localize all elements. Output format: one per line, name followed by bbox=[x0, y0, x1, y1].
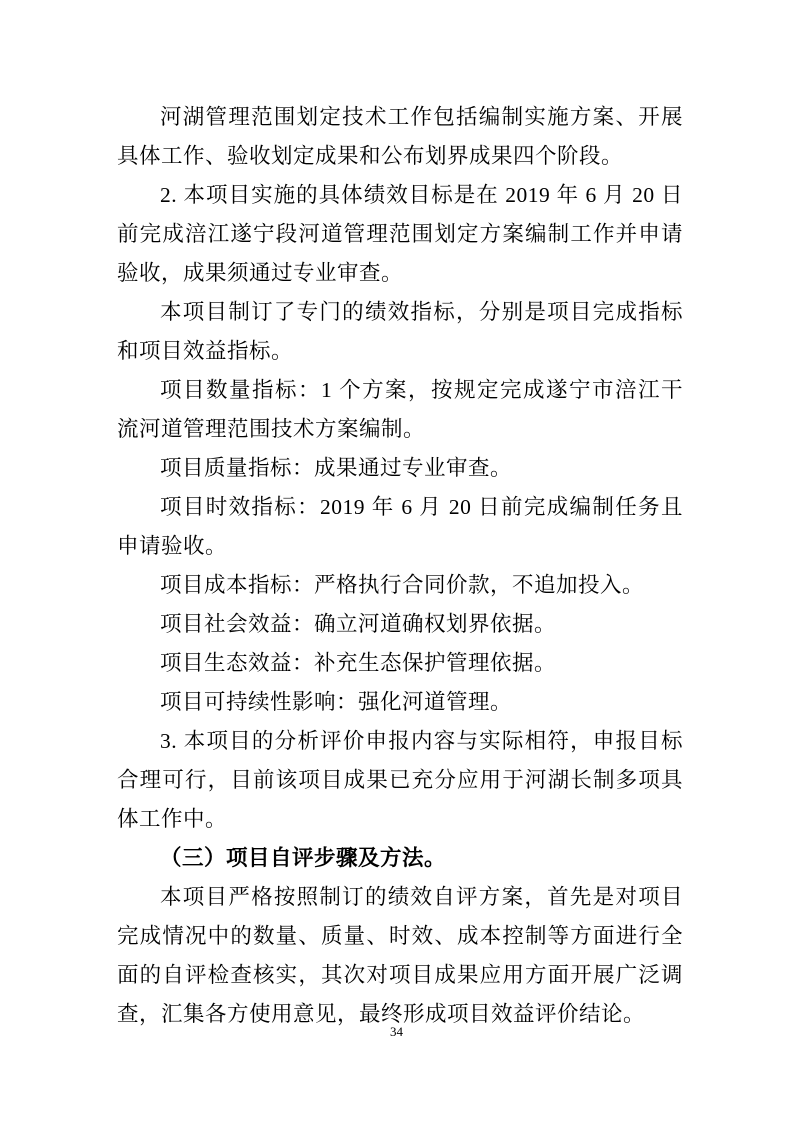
document-body: 河湖管理范围划定技术工作包括编制实施方案、开展具体工作、验收划定成果和公布划界成… bbox=[117, 98, 683, 1034]
paragraph: 2. 本项目实施的具体绩效目标是在 2019 年 6 月 20 日前完成涪江遂宁… bbox=[117, 176, 683, 293]
paragraph: 本项目严格按照制订的绩效自评方案，首先是对项目完成情况中的数量、质量、时效、成本… bbox=[117, 878, 683, 1034]
paragraph: 3. 本项目的分析评价申报内容与实际相符，申报目标合理可行，目前该项目成果已充分… bbox=[117, 722, 683, 839]
section-heading: （三）项目自评步骤及方法。 bbox=[117, 839, 683, 878]
document-page: 河湖管理范围划定技术工作包括编制实施方案、开展具体工作、验收划定成果和公布划界成… bbox=[0, 0, 793, 1122]
paragraph: 项目生态效益：补充生态保护管理依据。 bbox=[117, 644, 683, 683]
paragraph: 项目社会效益：确立河道确权划界依据。 bbox=[117, 605, 683, 644]
paragraph: 项目质量指标：成果通过专业审查。 bbox=[117, 449, 683, 488]
paragraph: 本项目制订了专门的绩效指标，分别是项目完成指标和项目效益指标。 bbox=[117, 293, 683, 371]
paragraph: 项目数量指标：1 个方案，按规定完成遂宁市涪江干流河道管理范围技术方案编制。 bbox=[117, 371, 683, 449]
paragraph: 河湖管理范围划定技术工作包括编制实施方案、开展具体工作、验收划定成果和公布划界成… bbox=[117, 98, 683, 176]
paragraph: 项目时效指标：2019 年 6 月 20 日前完成编制任务且申请验收。 bbox=[117, 488, 683, 566]
paragraph: 项目成本指标：严格执行合同价款，不追加投入。 bbox=[117, 566, 683, 605]
page-number: 34 bbox=[0, 1024, 793, 1040]
paragraph: 项目可持续性影响：强化河道管理。 bbox=[117, 683, 683, 722]
